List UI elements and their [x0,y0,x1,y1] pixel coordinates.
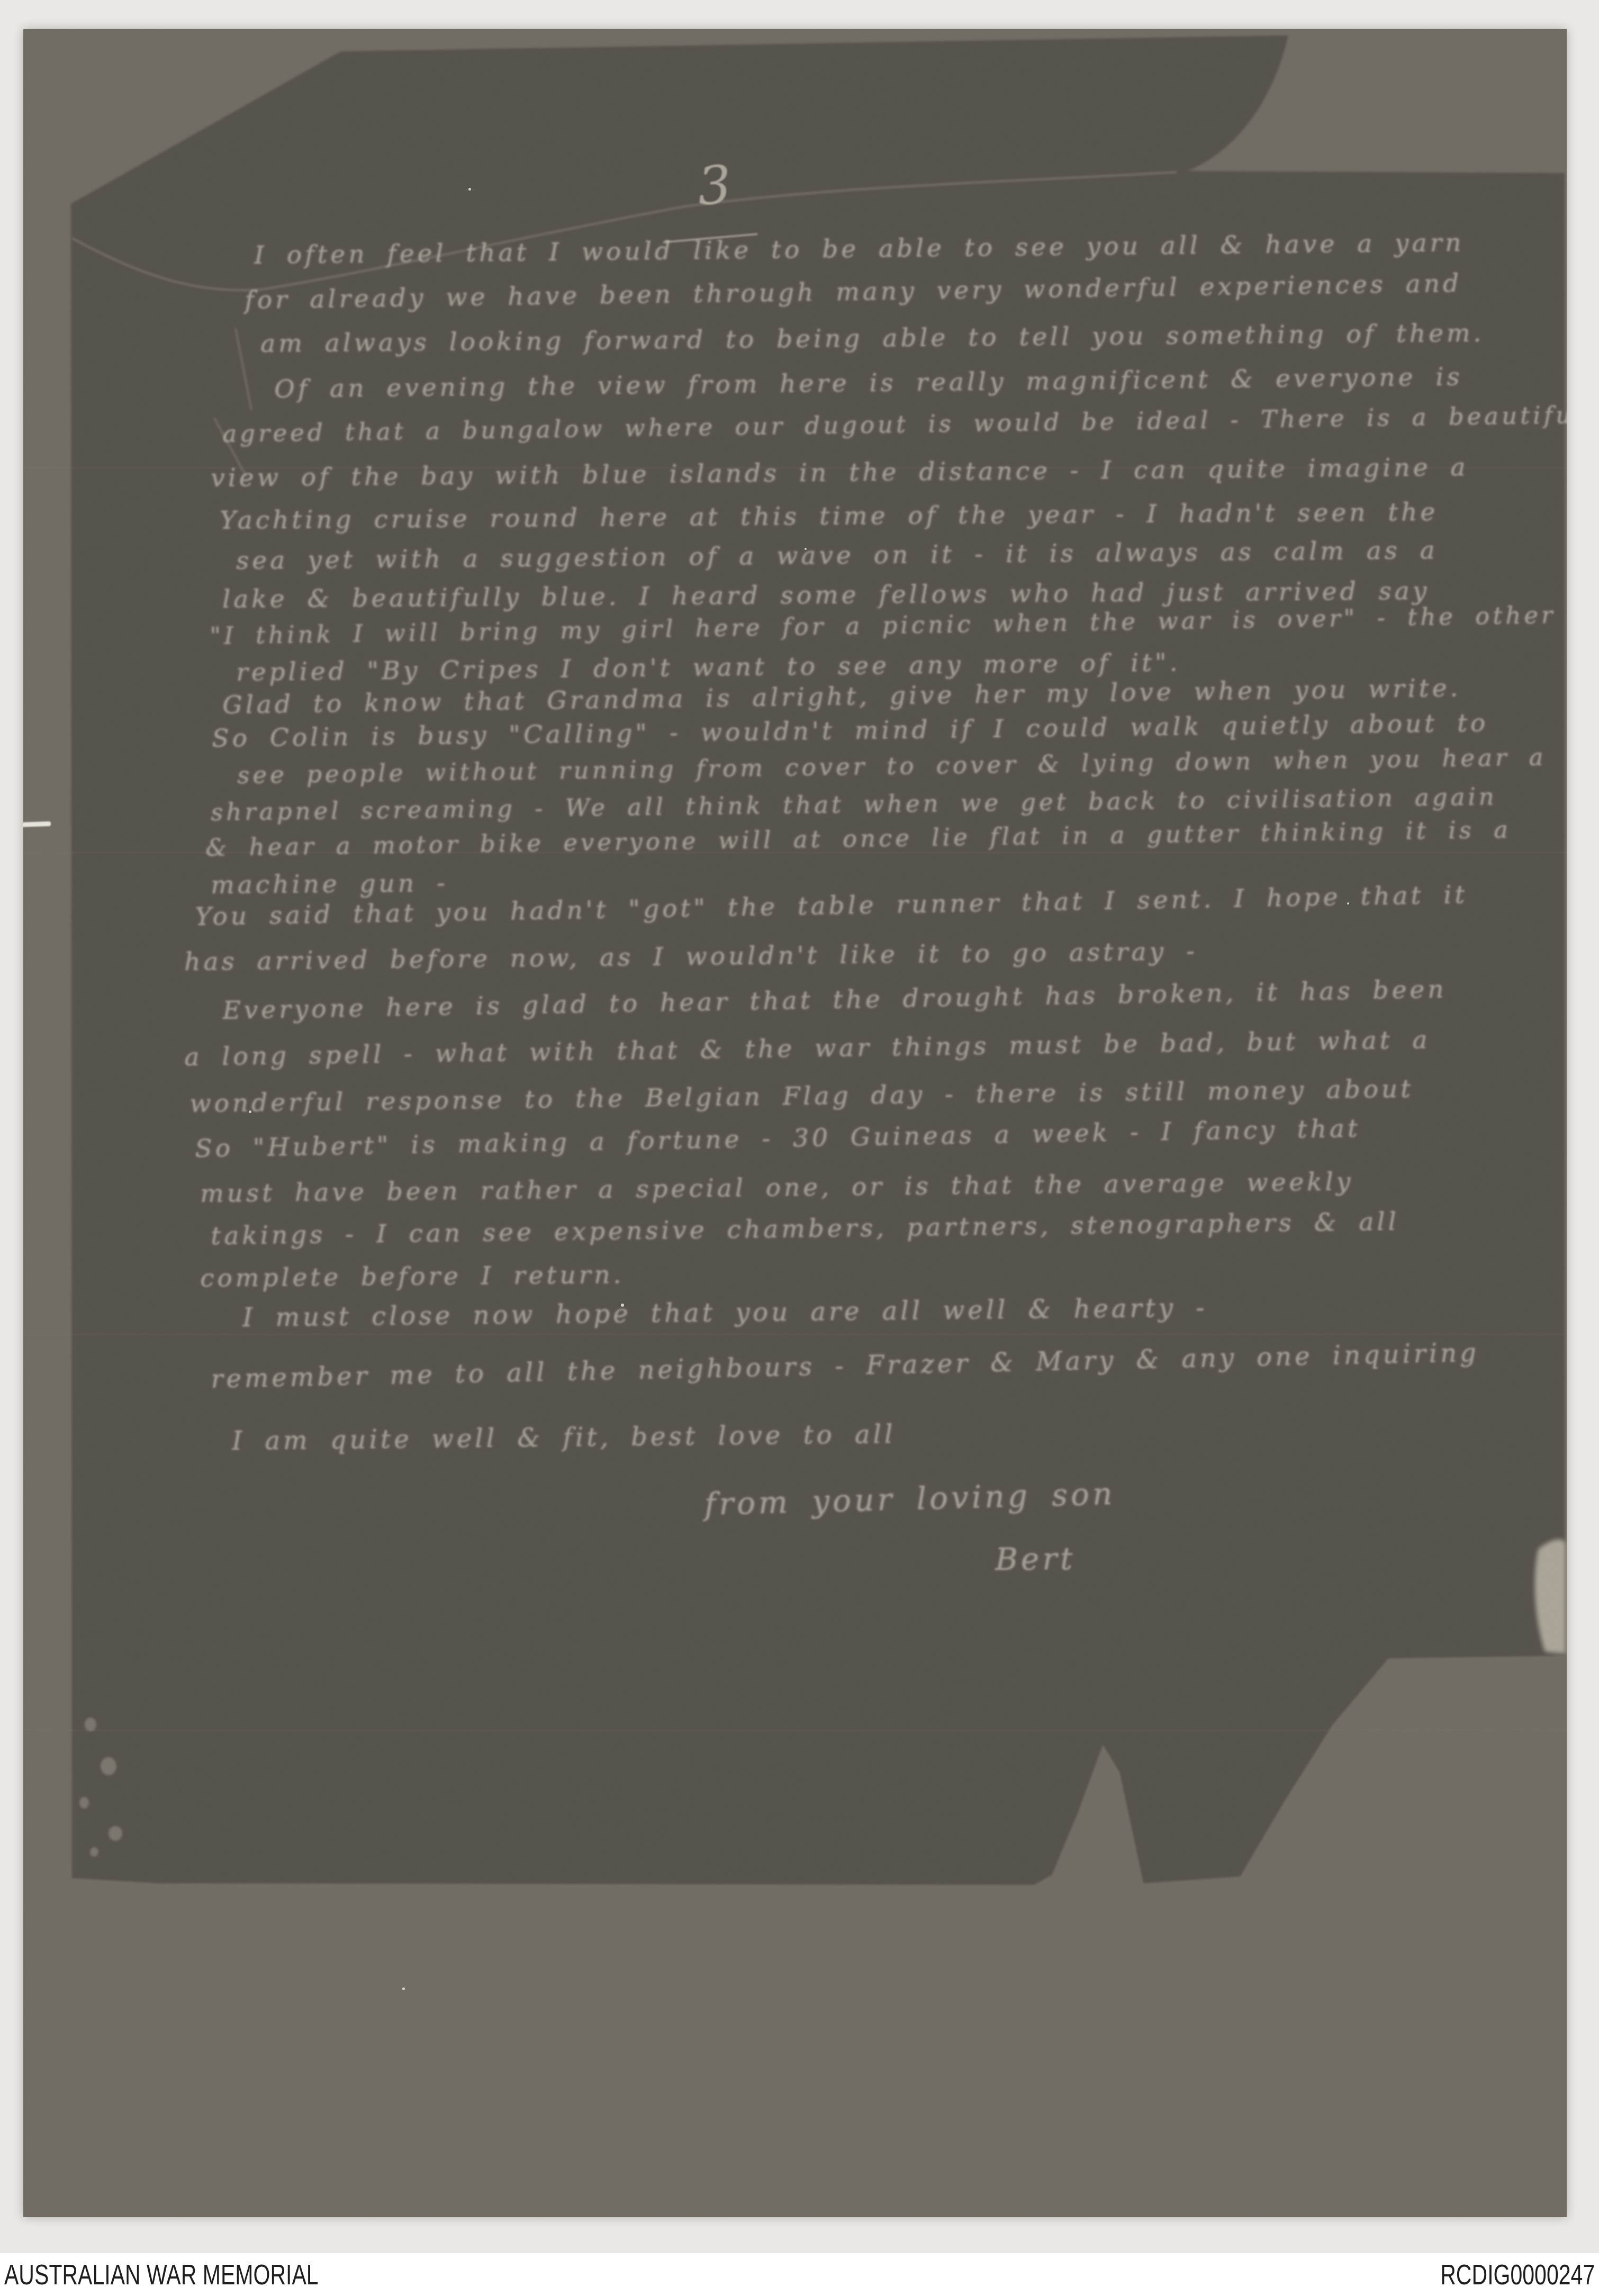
letter-line: agreed that a bungalow where our dugout … [222,401,1567,448]
institution-label: AUSTRALIAN WAR MEMORIAL [4,2258,319,2291]
letter-line: I must close now hope that you are all w… [242,1293,1208,1333]
record-id-label: RCDIG0000247 [1440,2258,1595,2291]
crease-line [23,1334,1567,1335]
stain-blotch [101,1757,116,1775]
stain-blotch [109,1826,122,1841]
dust-speck [402,1987,405,1990]
scratch-mark [23,821,51,827]
dust-speck [468,188,471,191]
letter-line: takings - I can see expensive chambers, … [211,1207,1399,1251]
letter-line: Of an evening the view from here is real… [274,362,1463,404]
stain-blotch [90,1847,98,1857]
letter-line: from your loving son [704,1476,1116,1522]
letter-photograph: 3 I often feel that I would like to be a… [23,29,1567,2217]
letter-line: I am quite well & fit, best love to all [232,1420,896,1456]
letter-line: machine gun - [211,869,448,900]
letter-line: a long spell - what with that & the war … [184,1025,1431,1072]
handwriting-layer: 3 I often feel that I would like to be a… [23,29,1567,2217]
letter-line: must have been rather a special one, or … [200,1167,1354,1208]
letter-line: sea yet with a suggestion of a wave on i… [236,536,1438,575]
letter-line: Bert [995,1541,1076,1577]
stain-blotch [79,1797,89,1809]
letter-line: for already we have been through many ve… [245,269,1462,315]
letter-line: I often feel that I would like to be abl… [254,228,1465,270]
letter-line: wonderful response to the Belgian Flag d… [189,1074,1414,1118]
page-number: 3 [695,153,734,218]
letter-line: Everyone here is glad to hear that the d… [222,975,1447,1025]
collection-footer: AUSTRALIAN WAR MEMORIAL RCDIG0000247 [0,2253,1599,2296]
letter-line: complete before I return. [200,1260,625,1293]
letter-line: view of the bay with blue islands in the… [211,453,1469,493]
letter-line: has arrived before now, as I wouldn't li… [184,937,1198,977]
letter-line: am always looking forward to being able … [260,319,1485,358]
scanned-document-page: 3 I often feel that I would like to be a… [0,0,1599,2296]
crease-line [23,1730,1567,1731]
letter-line: So "Hubert" is making a fortune - 30 Gui… [195,1114,1361,1163]
letter-line: remember me to all the neighbours - Fraz… [211,1338,1479,1394]
stain-blotch [85,1718,96,1731]
letter-line: Yachting cruise round here at this time … [220,498,1438,535]
